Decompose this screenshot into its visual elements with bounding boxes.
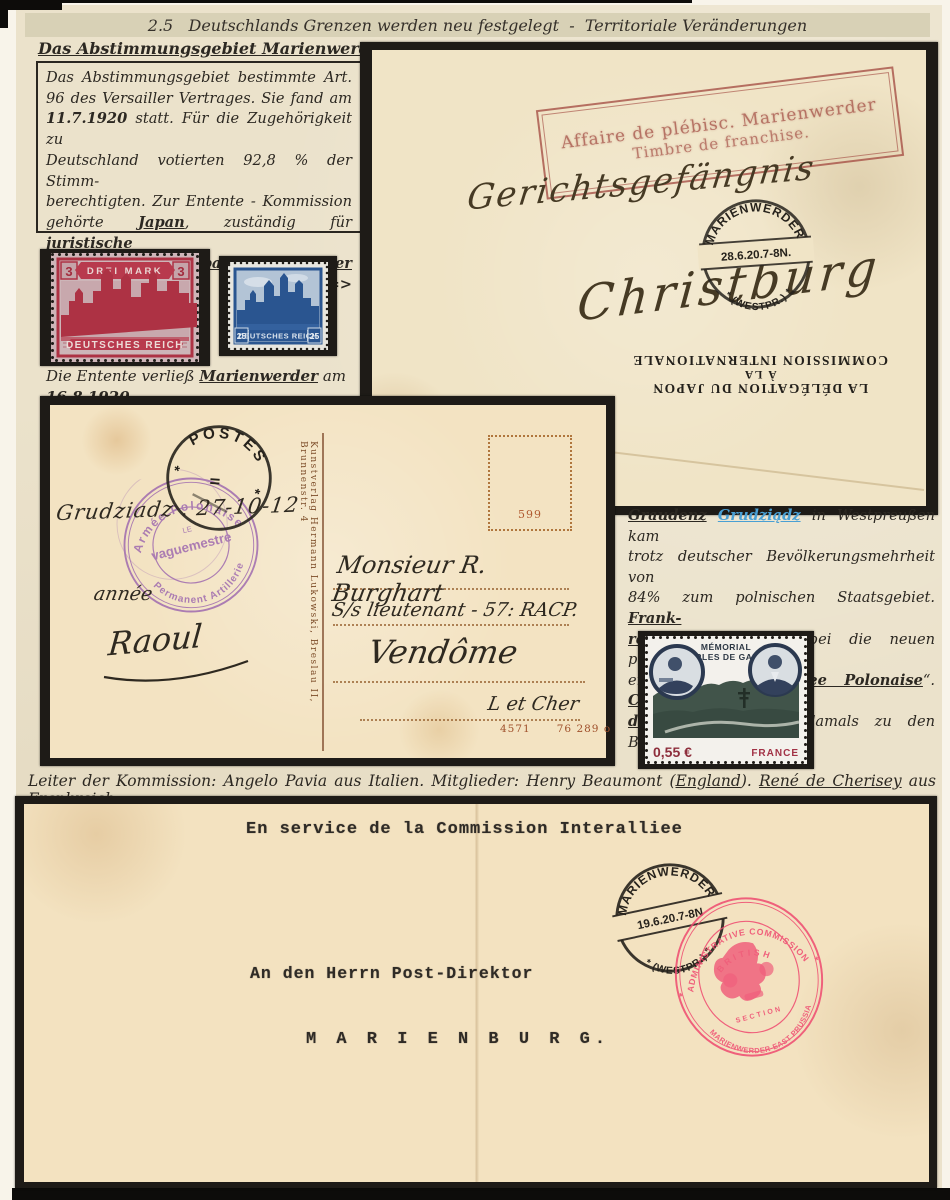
album-page-scan: 2.5 Deutschlands Grenzen werden neu fest… xyxy=(0,0,950,1200)
text-line: 96 des Versailler Vertrages. Sie fand am xyxy=(46,89,352,110)
marienwerder-postmark-envelope: MARIENWERDER 28.6.20.7-8N. * (WESTPR.) * xyxy=(694,192,818,316)
text-line: 11.7.1920 statt. Für die Zugehörigkeit z… xyxy=(46,109,352,150)
stamp-3-mark-red: 3 3 DREI MARK DEUTSCHES REICH xyxy=(51,253,199,362)
gaulle-title1: MÉMORIAL xyxy=(701,642,751,652)
typed-address-line2: M A R I E N B U R G. xyxy=(306,1030,610,1049)
red-stamp-mount: 3 3 DREI MARK DEUTSCHES REICH xyxy=(40,249,210,366)
page-title-bar: 2.5 Deutschlands Grenzen werden neu fest… xyxy=(25,13,930,37)
postes-arc: POSTES xyxy=(183,415,276,470)
postes-star-left: * xyxy=(171,463,181,480)
stamp-box-number: 599 xyxy=(518,508,542,521)
commission-letter: En service de la Commission Interalliee … xyxy=(24,804,929,1182)
red-stamp-value-left: 3 xyxy=(65,264,72,279)
document-mount: En service de la Commission Interalliee … xyxy=(15,796,937,1188)
text-line: berechtigten. Zur Entente - Kommission xyxy=(46,192,352,213)
stamp-25-blue: 25 25 DEUTSCHES REICH xyxy=(228,262,328,350)
blue-stamp-mount: 25 25 DEUTSCHES REICH xyxy=(219,256,337,356)
handwriting-address-line4: L et Cher xyxy=(486,693,581,715)
typed-address-line1: An den Herrn Post-Direktor xyxy=(250,964,533,983)
signature-flourish xyxy=(102,657,252,687)
svg-text:* (WESTPR.) *: * (WESTPR.) * xyxy=(722,286,797,316)
postcard-divider-line xyxy=(322,433,324,751)
imprint-line3: COMMISSION INTERNATIONALE xyxy=(620,352,900,368)
blue-stamp-country: DEUTSCHES REICH xyxy=(238,332,317,341)
text-line: Die Entente verließ Marienwerder am xyxy=(46,366,346,387)
handwriting-annee: année xyxy=(92,583,154,605)
scan-artifact-corner xyxy=(0,0,62,10)
handwriting-address-line3: Vendôme xyxy=(365,633,520,671)
gaulle-value: 0,55 € xyxy=(653,744,692,760)
text-line: trotz deutscher Bevölkerungsmehrheit von xyxy=(628,547,935,588)
typed-header: En service de la Commission Interalliee xyxy=(246,820,683,839)
publisher-imprint: Kunstverlag Hermann Lukowski, Breslau II… xyxy=(298,441,318,747)
text-line: Graudenz Grudziądz in Westpreußen kam xyxy=(628,506,935,547)
gaulle-portrait-right xyxy=(750,645,800,695)
gaulle-portrait-left xyxy=(651,646,703,698)
seal-section: SECTION xyxy=(735,1005,784,1025)
scan-artifact-topline xyxy=(62,0,692,3)
page-title: 2.5 Deutschlands Grenzen werden neu fest… xyxy=(148,16,807,35)
imprint-line1: LA DÉLÉGATION DU JAPON xyxy=(620,380,900,396)
de-gaulle-stamp-mount: MÉMORIAL CHARLES DE GAULLE 0,55 € FRANCE xyxy=(638,631,814,769)
text-line: Das Abstimmungsgebiet bestimmte Art. xyxy=(46,68,352,89)
gaulle-country: FRANCE xyxy=(751,748,799,759)
japan-delegation-imprint: LA DÉLÉGATION DU JAPON À LA COMMISSION I… xyxy=(620,352,900,396)
postes-center: II xyxy=(207,477,222,485)
scan-artifact-edge xyxy=(0,0,8,28)
address-rule-3 xyxy=(333,681,585,683)
scan-artifact-bottombar xyxy=(12,1188,950,1200)
marienwerder-text-box: Das Abstimmungsgebiet bestimmte Art.96 d… xyxy=(36,61,362,233)
red-stamp-value-right: 3 xyxy=(177,264,184,279)
marienwerder-heading: Das Abstimmungsgebiet Marienwerder xyxy=(38,39,389,58)
stamp-memorial-de-gaulle: MÉMORIAL CHARLES DE GAULLE 0,55 € FRANCE xyxy=(645,636,807,764)
armee-polonaise-postcard: Kunstverlag Hermann Lukowski, Breslau II… xyxy=(50,405,606,758)
red-stamp-country: DEUTSCHES REICH xyxy=(66,340,184,351)
postmark-district: * (WESTPR.) * xyxy=(722,286,797,316)
printer-numbers: 4571 76 289 o xyxy=(500,723,611,735)
svg-text:Permanent Artillerie: Permanent Artillerie xyxy=(150,559,254,617)
text-line: 84% zum polnischen Staatsgebiet. Frank- xyxy=(628,588,935,629)
handwriting-address-line2: S/s lieutenant - 57: RACP. xyxy=(330,599,580,621)
address-rule-2 xyxy=(333,624,569,626)
text-line: Deutschland votierten 92,8 % der Stimm- xyxy=(46,151,352,192)
stamp-box: 599 xyxy=(488,435,572,531)
address-rule-4 xyxy=(360,719,580,721)
svg-text:POSTES: POSTES xyxy=(183,415,276,470)
cachet-bottom-text: Permanent Artillerie xyxy=(150,559,254,617)
postcard-mount: Kunstverlag Hermann Lukowski, Breslau II… xyxy=(40,396,615,766)
imprint-line2: À LA xyxy=(620,368,900,380)
